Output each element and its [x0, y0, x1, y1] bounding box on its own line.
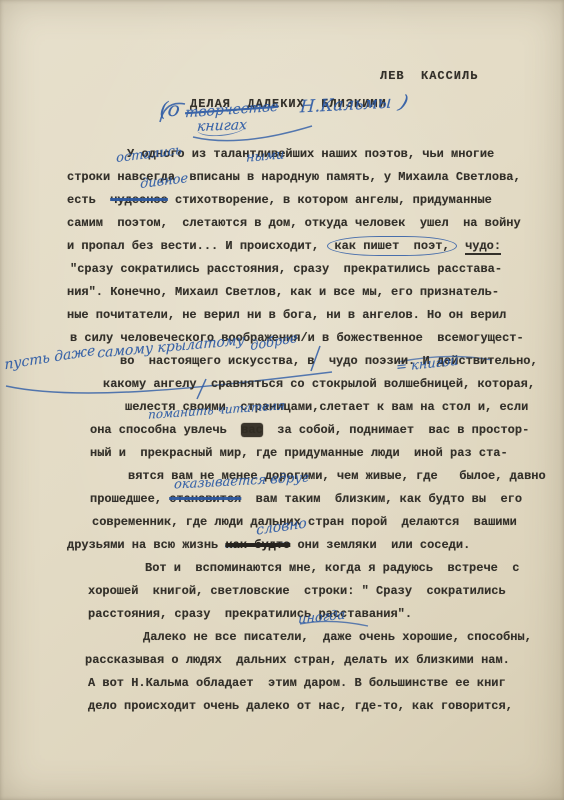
typescript-segment-st: чудесное	[110, 193, 168, 207]
handwritten-note: )	[396, 90, 411, 115]
typescript-segment: строки навсегда вписаны в народную памят…	[67, 170, 521, 184]
author-byline: ЛЕВ КАССИЛЬ	[380, 68, 478, 84]
typescript-segment: за собой, поднимает вас в простор-	[263, 423, 529, 437]
typescript-segment: ные почитатели, не верил ни в бога, ни в…	[67, 308, 506, 322]
typescript-segment: дело происходит очень далеко от нас, где…	[88, 699, 513, 713]
typescript-line: рассказывая о людях дальних стран, делат…	[85, 652, 510, 668]
typescript-line: Вот и вспоминаются мне, когда я радуюсь …	[145, 560, 519, 576]
typescript-line: друзьями на всю жизнь как будто они земл…	[67, 537, 470, 553]
typescript-segment-ci: как пишет поэт,	[327, 236, 456, 256]
typescript-segment: есть	[67, 193, 110, 207]
typescript-segment: У одного из талантливейших наших поэтов,…	[127, 147, 494, 161]
typescript-segment: А вот Н.Кальма обладает этим даром. В бо…	[88, 676, 506, 690]
typescript-segment: друзьями на всю жизнь	[67, 538, 225, 552]
typescript-segment-bl: вас	[241, 423, 263, 437]
typescript-segment-un: чудо:	[465, 239, 501, 255]
typescript-line: ные почитатели, не верил ни в бога, ни в…	[67, 307, 506, 323]
typescript-segment: во настоящего искусства, в чудо поэзии. …	[120, 354, 538, 368]
typescript-line: прошедшее, становится вам таким близким,…	[90, 491, 522, 507]
typescript-segment	[451, 239, 465, 253]
typescript-segment: она способна увлечь	[90, 423, 241, 437]
handwritten-note: книгах	[196, 117, 247, 137]
handwritten-note: остались	[116, 143, 182, 166]
typescript-line: она способна увлечь вас за собой, подним…	[90, 422, 529, 438]
typescript-segment: они земляки или соседи.	[290, 538, 470, 552]
handwritten-note: Н.Кальмы	[300, 93, 392, 118]
typescript-line: и пропал без вести... И происходит, как …	[67, 238, 501, 254]
typescript-line: "сразу сократились расстояния, сразу пре…	[70, 261, 502, 277]
handwritten-note: пусть даже	[4, 343, 95, 373]
typescript-segment: "сразу сократились расстояния, сразу пре…	[70, 262, 502, 276]
typescript-segment: какому ангелу сравняться со стокрылой во…	[103, 377, 535, 391]
typescript-segment: прошедшее,	[90, 492, 169, 506]
typescript-segment: и пропал без вести... И происходит,	[67, 239, 333, 253]
typescript-segment: стихотворение, в котором ангелы, придума…	[168, 193, 492, 207]
typescript-segment: вам таким близким, как будто вы его	[241, 492, 522, 506]
typescript-segment-st: становится	[169, 492, 241, 506]
typescript-segment: расстояния, сразу прекратились расставан…	[88, 607, 412, 621]
typescript-segment: Далеко не все писатели, даже очень хорош…	[143, 630, 532, 644]
handwritten-note: ными	[246, 147, 284, 165]
typescript-segment: хорошей книгой, светловские строки: " Ср…	[88, 584, 506, 598]
typescript-segment: ния". Конечно, Михаил Светлов, как и все…	[67, 285, 499, 299]
handwritten-note: (о	[159, 97, 181, 121]
typescript-segment: Вот и вспоминаются мне, когда я радуюсь …	[145, 561, 519, 575]
typescript-line: какому ангелу сравняться со стокрылой во…	[103, 376, 535, 392]
typescript-line: Далеко не все писатели, даже очень хорош…	[143, 629, 532, 645]
typescript-line: есть чудесное стихотворение, в котором а…	[67, 192, 492, 208]
typescript-line: А вот Н.Кальма обладает этим даром. В бо…	[88, 675, 506, 691]
typescript-line: расстояния, сразу прекратились расставан…	[88, 606, 412, 622]
typescript-segment-xx: как будто	[225, 538, 290, 552]
typescript-segment: рассказывая о людях дальних стран, делат…	[85, 653, 510, 667]
typescript-line: хорошей книгой, светловские строки: " Ср…	[88, 583, 506, 599]
typescript-line: самим поэтом, слетаются в дом, откуда че…	[67, 215, 521, 231]
typescript-segment: ный и прекрасный мир, где придуманные лю…	[90, 446, 508, 460]
typescript-line: во настоящего искусства, в чудо поэзии. …	[120, 353, 538, 369]
manuscript-page: ЛЕВ КАССИЛЬ ДЕЛАЯ ДАЛЕКИХ БЛИЗКИМИ У одн…	[0, 0, 564, 800]
typescript-line: ния". Конечно, Михаил Светлов, как и все…	[67, 284, 499, 300]
typescript-line: ный и прекрасный мир, где придуманные лю…	[90, 445, 508, 461]
typescript-line: строки навсегда вписаны в народную памят…	[67, 169, 521, 185]
typescript-line: У одного из талантливейших наших поэтов,…	[127, 146, 494, 162]
typescript-line: дело происходит очень далеко от нас, где…	[88, 698, 513, 714]
typescript-segment: самим поэтом, слетаются в дом, откуда че…	[67, 216, 521, 230]
